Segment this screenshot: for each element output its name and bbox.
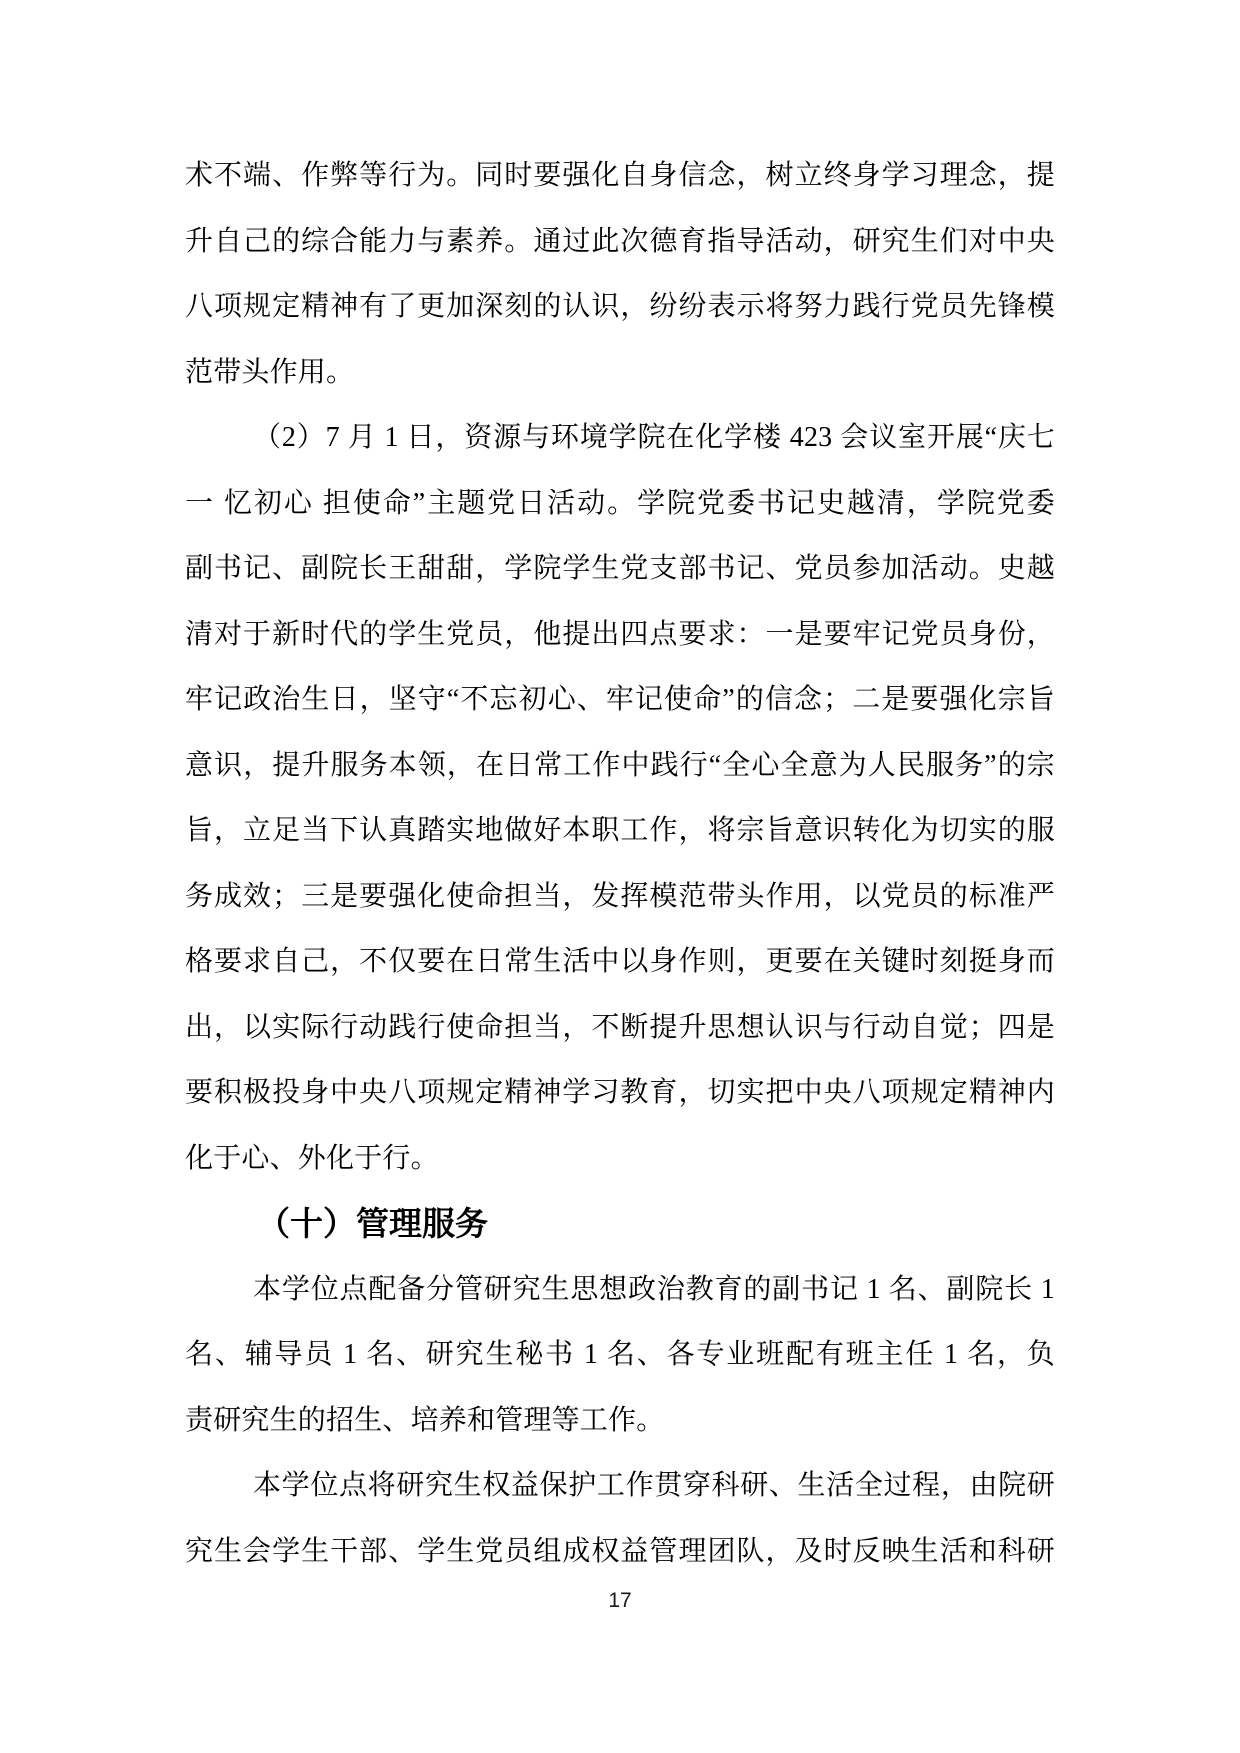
text-line: 旨，立足当下认真踏实地做好本职工作，将宗旨意识转化为切实的服 <box>185 798 1055 864</box>
text-line: 出，以实际行动践行使命担当，不断提升思想认识与行动自觉；四是 <box>185 995 1055 1061</box>
text-line: 范带头作用。 <box>185 340 1055 406</box>
text-line: 副书记、副院长王甜甜，学院学生党支部书记、党员参加活动。史越 <box>185 536 1055 602</box>
text-line: 名、辅导员 1 名、研究生秘书 1 名、各专业班配有班主任 1 名，负 <box>185 1322 1055 1388</box>
paragraph-rights-protection: 本学位点将研究生权益保护工作贯穿科研、生活全过程，由院研 究生会学生干部、学生党… <box>185 1453 1055 1584</box>
paragraph-activity-2: （2）7 月 1 日，资源与环境学院在化学楼 423 会议室开展“庆七 一 忆初… <box>185 405 1055 1191</box>
text-line: 究生会学生干部、学生党员组成权益管理团队，及时反映生活和科研 <box>185 1519 1055 1585</box>
page-content: 术不端、作弊等行为。同时要强化自身信念，树立终身学习理念，提 升自己的综合能力与… <box>185 143 1055 1584</box>
text-line: 本学位点将研究生权益保护工作贯穿科研、生活全过程，由院研 <box>185 1453 1055 1519</box>
text-line: 要积极投身中央八项规定精神学习教育，切实把中央八项规定精神内 <box>185 1060 1055 1126</box>
text-line: 务成效；三是要强化使命担当，发挥模范带头作用，以党员的标准严 <box>185 864 1055 930</box>
text-line: 格要求自己，不仅要在日常生活中以身作则，更要在关键时刻挺身而 <box>185 929 1055 995</box>
text-line: （2）7 月 1 日，资源与环境学院在化学楼 423 会议室开展“庆七 <box>185 405 1055 471</box>
text-line: 一 忆初心 担使命”主题党日活动。学院党委书记史越清，学院党委 <box>185 471 1055 537</box>
text-line: 清对于新时代的学生党员，他提出四点要求：一是要牢记党员身份， <box>185 602 1055 668</box>
text-line: 责研究生的招生、培养和管理等工作。 <box>185 1388 1055 1454</box>
document-page: 术不端、作弊等行为。同时要强化自身信念，树立终身学习理念，提 升自己的综合能力与… <box>0 0 1240 1753</box>
text-line: 八项规定精神有了更加深刻的认识，纷纷表示将努力践行党员先锋模 <box>185 274 1055 340</box>
section-heading: （十）管理服务 <box>185 1191 1055 1257</box>
text-line: 升自己的综合能力与素养。通过此次德育指导活动，研究生们对中央 <box>185 209 1055 275</box>
text-line: 本学位点配备分管研究生思想政治教育的副书记 1 名、副院长 1 <box>185 1257 1055 1323</box>
text-line: 牢记政治生日，坚守“不忘初心、牢记使命”的信念；二是要强化宗旨 <box>185 667 1055 733</box>
text-line: 术不端、作弊等行为。同时要强化自身信念，树立终身学习理念，提 <box>185 143 1055 209</box>
paragraph-staffing: 本学位点配备分管研究生思想政治教育的副书记 1 名、副院长 1 名、辅导员 1 … <box>185 1257 1055 1454</box>
text-line: 化于心、外化于行。 <box>185 1126 1055 1192</box>
text-line: 意识，提升服务本领，在日常工作中践行“全心全意为人民服务”的宗 <box>185 733 1055 799</box>
page-number: 17 <box>0 1589 1240 1613</box>
paragraph-continuation: 术不端、作弊等行为。同时要强化自身信念，树立终身学习理念，提 升自己的综合能力与… <box>185 143 1055 405</box>
